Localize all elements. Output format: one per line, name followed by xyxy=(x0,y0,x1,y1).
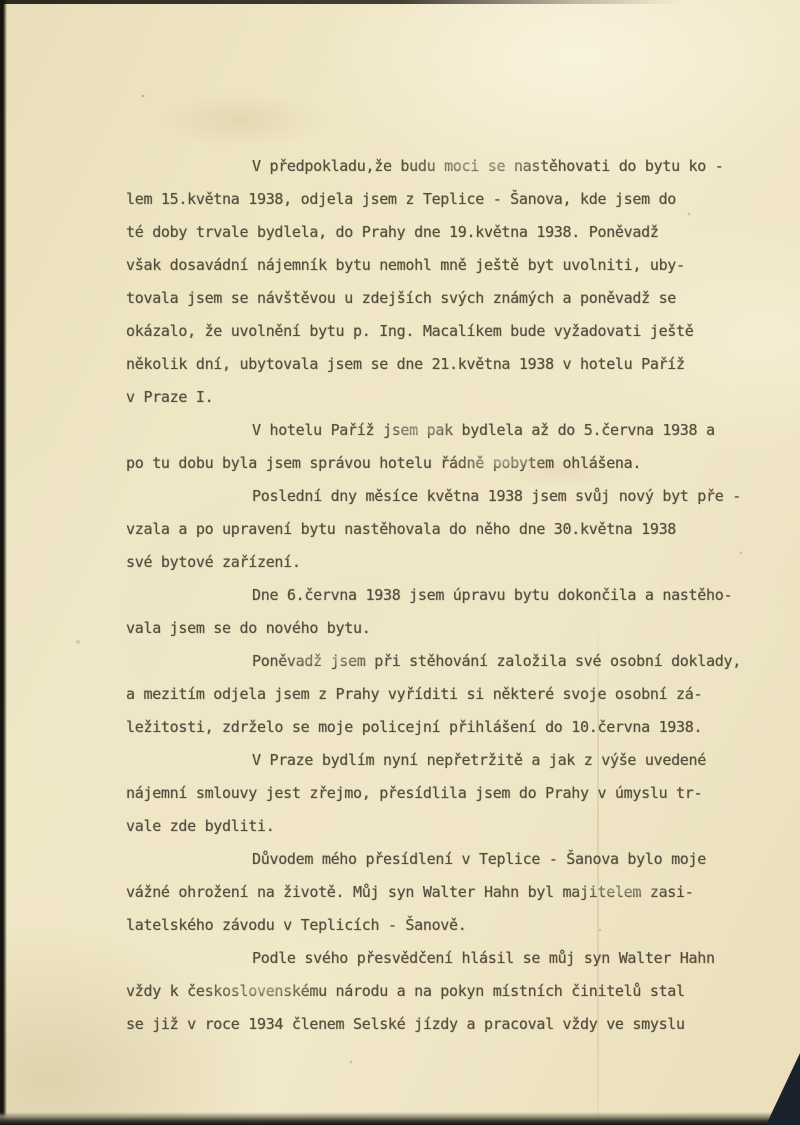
scan-edge-bottom xyxy=(0,1112,800,1125)
paragraph-police-registration: Poněvadž jsem při stěhování založila své… xyxy=(126,645,788,744)
scan-edge-top xyxy=(0,0,800,4)
paragraph-arrival-prague: V předpokladu,že budu moci se nastěhovat… xyxy=(126,150,788,414)
paragraph-flat-takeover: Poslední dny měsíce května 1938 jsem svů… xyxy=(126,480,788,579)
paragraph-reason-for-move: Důvodem mého přesídlení v Teplice - Šano… xyxy=(126,843,788,942)
scanned-document-page: V předpokladu,že budu moci se nastěhovat… xyxy=(0,0,800,1125)
paragraph-move-in: Dne 6.června 1938 jsem úpravu bytu dokon… xyxy=(126,579,788,645)
scan-edge-left xyxy=(0,0,7,1125)
paragraph-son-walter-hahn: Podle svého přesvědčení hlásil se můj sy… xyxy=(126,942,788,1041)
paragraph-permanent-residence: V Praze bydlím nyní nepřetržitě a jak z … xyxy=(126,744,788,843)
typewritten-text: V předpokladu,že budu moci se nastěhovat… xyxy=(126,150,788,1041)
paragraph-hotel-pariz: V hotelu Paříž jsem pak bydlela až do 5.… xyxy=(126,414,788,480)
